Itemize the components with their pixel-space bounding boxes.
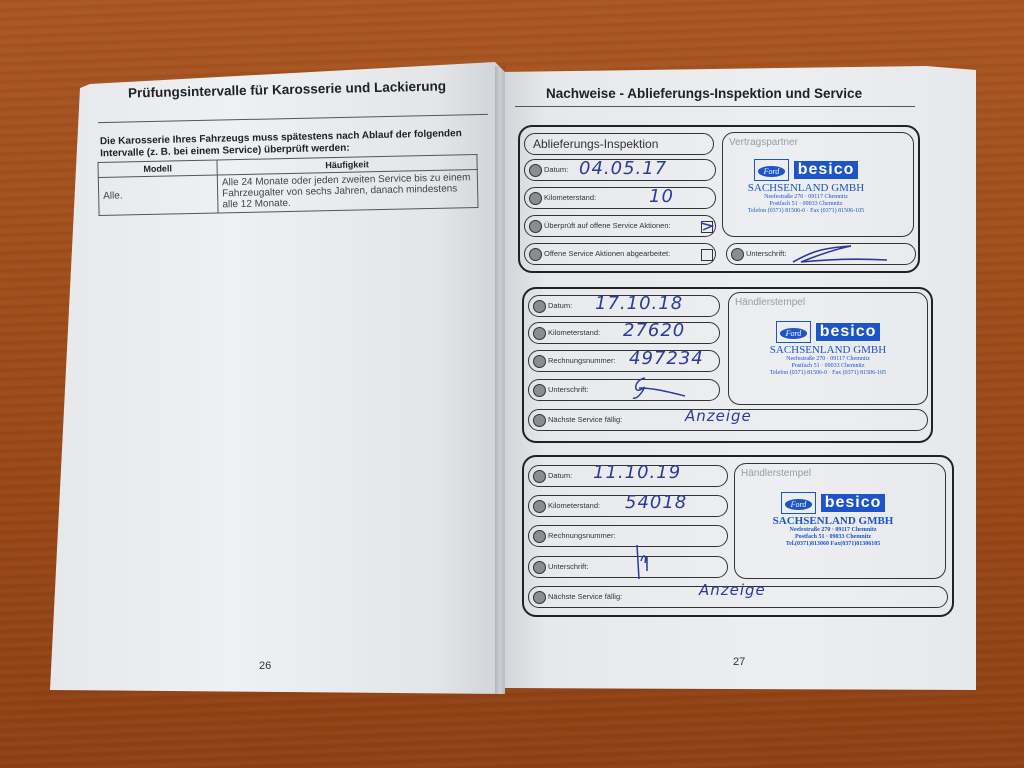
next-service-value: Anzeige [699, 581, 766, 599]
field-label: Rechnungsnummer: [548, 356, 616, 365]
field-datum[interactable]: Datum: 11.10.19 [528, 465, 728, 487]
radio-dot-icon [533, 530, 546, 543]
field-label: Überprüft auf offene Service Aktionen: [544, 221, 671, 230]
besico-logo: besico [816, 323, 881, 341]
interval-table: Modell Häufigkeit Alle. Alle 24 Monate o… [97, 154, 478, 216]
field-kilometerstand[interactable]: Kilometerstand: 10 [524, 187, 716, 209]
field-label: Nächste Service fällig: [548, 592, 622, 601]
field-label: Rechnungsnummer: [548, 531, 616, 540]
service-box-1: Datum: 17.10.18 Kilometerstand: 27620 Re… [522, 287, 933, 443]
field-kilometerstand[interactable]: Kilometerstand: 54018 [528, 495, 728, 517]
field-label: Offene Service Aktionen abgearbeitet: [544, 249, 670, 258]
radio-dot-icon [533, 327, 546, 340]
field-label: Datum: [548, 471, 572, 480]
check-mark-icon [700, 220, 714, 232]
book-spine [495, 66, 505, 694]
stamp-company: SACHSENLAND GMBH [753, 345, 903, 356]
datum-value: 17.10.18 [595, 293, 683, 314]
cell-haeufigkeit: Alle 24 Monate oder jeden zweiten Servic… [217, 170, 478, 213]
field-label: Kilometerstand: [548, 501, 600, 510]
stamp-box-vertragspartner: Vertragspartner Ford besico SACHSENLAND … [722, 132, 914, 237]
stamp-heading: Händlerstempel [741, 468, 811, 479]
dealer-stamp: Ford besico SACHSENLAND GMBH Neefestraße… [753, 321, 903, 377]
radio-dot-icon [533, 414, 546, 427]
cell-modell: Alle. [98, 175, 218, 215]
right-page-title: Nachweise - Ablieferungs-Inspektion und … [546, 86, 862, 101]
signature-icon [629, 374, 689, 402]
stamp-company: SACHSENLAND GMBH [753, 516, 913, 527]
field-label: Kilometerstand: [548, 328, 600, 337]
checkbox-checked[interactable] [701, 221, 713, 233]
besico-logo: besico [794, 161, 859, 179]
checkbox-unchecked[interactable] [701, 249, 713, 261]
radio-dot-icon [533, 591, 546, 604]
stamp-address: Neefestraße 270 · 09117 Chemnitz [731, 194, 881, 201]
field-kilometerstand[interactable]: Kilometerstand: 27620 [528, 322, 720, 344]
invoice-value: 497234 [629, 348, 704, 369]
radio-dot-icon [731, 248, 744, 261]
delivery-heading-pill: Ablieferungs-Inspektion [524, 133, 714, 155]
stamp-company: SACHSENLAND GMBH [731, 183, 881, 194]
ford-logo-icon: Ford [754, 159, 790, 181]
stamp-address: Neefestraße 270 · 09117 Chemnitz [753, 356, 903, 363]
dealer-stamp: Ford besico SACHSENLAND GMBH Neefestraße… [753, 492, 913, 548]
stamp-pobox: Postfach 51 · 09033 Chemnitz [753, 534, 913, 541]
radio-dot-icon [529, 248, 542, 261]
km-value: 10 [649, 186, 674, 207]
title-rule-right [515, 106, 915, 107]
field-rechnungsnummer[interactable]: Rechnungsnummer: [528, 525, 728, 547]
stamp-heading: Vertragspartner [729, 137, 798, 148]
field-label: Datum: [544, 165, 568, 174]
delivery-inspection-box: Ablieferungs-Inspektion Datum: 04.05.17 … [518, 125, 920, 273]
field-next-service[interactable]: Nächste Service fällig: Anzeige [528, 586, 948, 608]
datum-value: 11.10.19 [593, 462, 681, 483]
next-service-value: Anzeige [685, 407, 752, 425]
field-service-actions-done[interactable]: Offene Service Aktionen abgearbeitet: [524, 243, 716, 265]
stamp-pobox: Postfach 51 · 09033 Chemnitz [731, 201, 881, 208]
field-label: Unterschrift: [548, 385, 588, 394]
radio-dot-icon [529, 164, 542, 177]
radio-dot-icon [533, 561, 546, 574]
page-number-left: 26 [259, 660, 271, 672]
ford-logo-icon: Ford [781, 492, 817, 514]
field-unterschrift[interactable]: Unterschrift: [528, 379, 720, 401]
page-number-right: 27 [733, 656, 745, 668]
field-rechnungsnummer[interactable]: Rechnungsnummer: 497234 [528, 350, 720, 372]
ford-logo-icon: Ford [776, 321, 812, 343]
field-unterschrift[interactable]: Unterschrift: [528, 556, 728, 578]
stamp-box-haendler: Händlerstempel Ford besico SACHSENLAND G… [734, 463, 946, 579]
stamp-heading: Händlerstempel [735, 297, 805, 308]
radio-dot-icon [533, 500, 546, 513]
radio-dot-icon [529, 220, 542, 233]
radio-dot-icon [533, 300, 546, 313]
datum-value: 04.05.17 [579, 158, 667, 179]
radio-dot-icon [533, 355, 546, 368]
radio-dot-icon [533, 384, 546, 397]
service-box-2: Datum: 11.10.19 Kilometerstand: 54018 Re… [522, 455, 954, 617]
field-label: Nächste Service fällig: [548, 415, 622, 424]
signature-icon [791, 244, 891, 264]
stamp-address: Neefestraße 270 · 09117 Chemnitz [753, 527, 913, 534]
field-next-service[interactable]: Nächste Service fällig: Anzeige [528, 409, 928, 431]
stamp-phone: Telefon (0371) 81506-0 · Fax (0371) 8150… [731, 208, 881, 215]
km-value: 54018 [625, 492, 687, 513]
field-label: Datum: [548, 301, 572, 310]
delivery-heading: Ablieferungs-Inspektion [533, 137, 658, 151]
stamp-phone: Tel.(0371)813060 Fax(0371)81306105 [753, 541, 913, 548]
field-datum[interactable]: Datum: 04.05.17 [524, 159, 716, 181]
besico-logo: besico [821, 494, 886, 512]
field-label: Unterschrift: [548, 562, 588, 571]
stamp-box-haendler: Händlerstempel Ford besico SACHSENLAND G… [728, 292, 928, 405]
field-service-actions-checked[interactable]: Überprüft auf offene Service Aktionen: [524, 215, 716, 237]
stamp-phone: Telefon (0371) 81506-0 · Fax (0371) 8150… [753, 370, 903, 377]
field-label: Kilometerstand: [544, 193, 596, 202]
dealer-stamp: Ford besico SACHSENLAND GMBH Neefestraße… [731, 159, 881, 215]
signature-icon [629, 543, 659, 583]
km-value: 27620 [623, 320, 685, 341]
field-label: Unterschrift: [746, 249, 786, 258]
radio-dot-icon [533, 470, 546, 483]
field-unterschrift[interactable]: Unterschrift: [726, 243, 916, 265]
table-row: Alle. Alle 24 Monate oder jeden zweiten … [98, 170, 478, 216]
stamp-pobox: Postfach 51 · 09033 Chemnitz [753, 363, 903, 370]
radio-dot-icon [529, 192, 542, 205]
field-datum[interactable]: Datum: 17.10.18 [528, 295, 720, 317]
